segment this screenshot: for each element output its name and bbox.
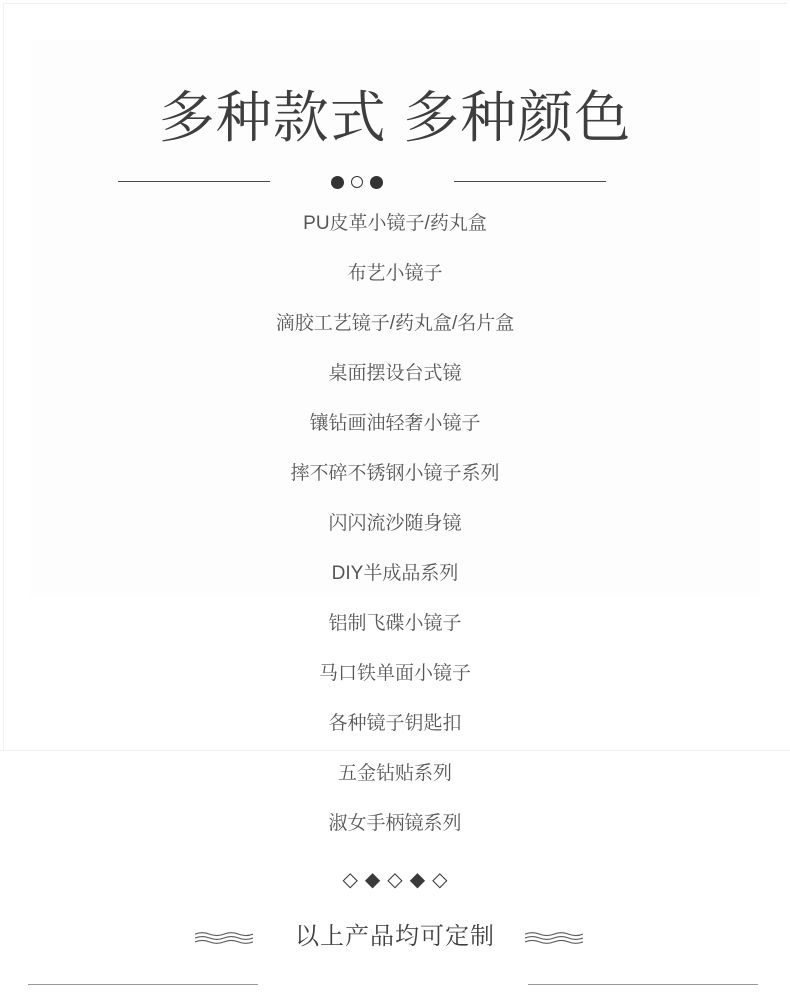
triple-wave-icon: [525, 931, 583, 945]
bottom-right-line: [528, 984, 758, 985]
product-styles-section: 多种款式 多种颜色 PU皮革小镜子/药丸盒 布艺小镜子 滴胶工艺镜子/药丸盒/名…: [0, 0, 790, 998]
filled-circle-icon: [370, 176, 383, 189]
bottom-left-line: [28, 984, 258, 985]
diamond-ornament-icon: ◇◆◇◆◇: [0, 869, 790, 891]
product-item: 各种镜子钥匙扣: [0, 699, 790, 749]
filled-circle-icon: [331, 176, 344, 189]
customization-note: 以上产品均可定制: [0, 921, 790, 953]
divider-right-line: [454, 181, 606, 182]
product-item: 镶钻画油轻奢小镜子: [0, 399, 790, 449]
product-item: 马口铁单面小镜子: [0, 649, 790, 699]
product-item: 淑女手柄镜系列: [0, 799, 790, 849]
product-item: 摔不碎不锈钢小镜子系列: [0, 449, 790, 499]
customization-banner: 以上产品均可定制: [0, 921, 790, 953]
product-item: 滴胶工艺镜子/药丸盒/名片盒: [0, 299, 790, 349]
product-item: PU皮革小镜子/药丸盒: [0, 199, 790, 249]
product-item: 铝制飞碟小镜子: [0, 599, 790, 649]
title-divider: [0, 175, 790, 189]
divider-left-line: [118, 181, 270, 182]
product-item: DIY半成品系列: [0, 549, 790, 599]
product-item: 闪闪流沙随身镜: [0, 499, 790, 549]
section-title: 多种款式 多种颜色: [0, 86, 790, 150]
product-item: 布艺小镜子: [0, 249, 790, 299]
product-item: 五金钻贴系列: [0, 749, 790, 799]
product-list: PU皮革小镜子/药丸盒 布艺小镜子 滴胶工艺镜子/药丸盒/名片盒 桌面摆设台式镜…: [0, 199, 790, 849]
product-item: 桌面摆设台式镜: [0, 349, 790, 399]
hollow-circle-icon: [351, 176, 363, 188]
